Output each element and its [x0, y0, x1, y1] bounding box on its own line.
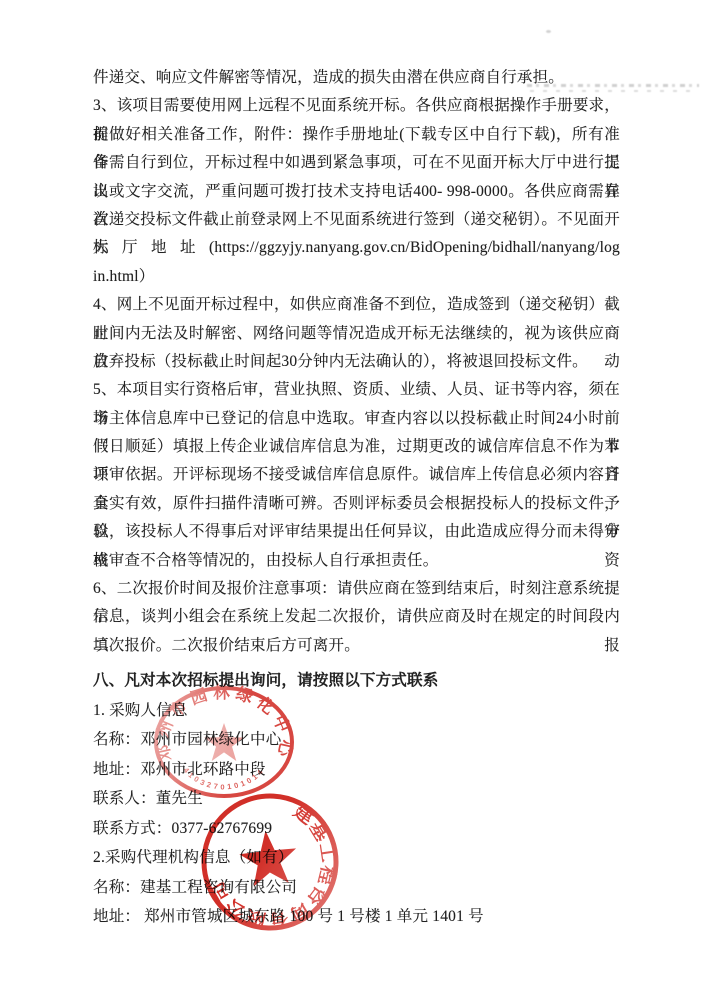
doc-line: 4、网上不见面开标过程中，如供应商准备不到位，造成签到（递交秘钥）截止 [93, 291, 620, 319]
doc-line: 6、二次报价时间及报价注意事项：请供应商在签到结束后，时刻注意系统提示 [93, 575, 620, 603]
scan-dot-artifact [546, 30, 551, 33]
agency-info-heading: 2.采购代理机构信息（如有） [93, 843, 620, 873]
doc-line: 放弃投标（投标截止时间起30分钟内无法确认的），将被退回投标文件。 [93, 348, 620, 376]
agency-seal-stamp: 建基工程咨询有限公司 [184, 776, 356, 948]
scanned-document-page: 件递交、响应文件解密等情况，造成的损失由潜在供应商自行承担。 3、该项目需要使用… [0, 0, 706, 1000]
doc-line: 3、该项目需要使用网上远程不见面系统开标。各供应商根据操作手册要求，提 [93, 92, 620, 120]
doc-line: 场主体信息库中已登记的信息中选取。审查内容以以投标截止时间24小时前（节 [93, 405, 620, 433]
doc-line: 验，该投标人不得事后对评审结果提出任何异议，由此造成应得分而未得分或资 [93, 518, 620, 546]
agency-address-line: 地址： 郑州市管城区城东路 100 号 1 号楼 1 单元 1401 号 [93, 902, 620, 932]
doc-line: 时间内无法及时解密、网络问题等情况造成开标无法继续的，视为该供应商自动 [93, 320, 620, 348]
doc-line: 5、本项目实行资格后审，营业执照、资质、业绩、人员、证书等内容，须在市 [93, 376, 620, 404]
doc-line: in.html） [93, 263, 620, 291]
doc-line: 前做好相关准备工作，附件：操作手册地址(下载专区中自行下载)，所有准备工 [93, 121, 620, 149]
doc-line: 假日顺延）填报上传企业诚信库信息为准，过期更改的诚信库信息不作为本项目 [93, 433, 620, 461]
doc-line: 信息，谈判小组会在系统上发起二次报价，请供应商及时在规定的时间段内填报 [93, 603, 620, 631]
seal-star-icon [204, 723, 244, 761]
seal-star-icon [231, 823, 310, 901]
purchaser-phone-line: 联系方式：0377-62767699 [93, 814, 620, 844]
doc-line: 评审依据。开评标现场不接受诚信库信息原件。诚信库上传信息必须内容齐全， [93, 461, 620, 489]
doc-line: 议或文字交流，严重问题可拨打技术支持电话400- 998-0000。各供应商需在… [93, 178, 620, 206]
doc-line: 真实有效，原件扫描件清晰可辨。否则评标委员会根据投标人的投标文件予以审 [93, 490, 620, 518]
doc-line: 作需自行到位，开标过程中如遇到紧急事项，可在不见面开标大厅中进行提出异 [93, 149, 620, 177]
scan-smudge [527, 84, 699, 93]
agency-name-line: 名称：建基工程咨询有限公司 [93, 873, 620, 903]
doc-line: 次递交投标文件截止前登录网上不见面系统进行签到（递交秘钥）。不见面开标 [93, 206, 620, 234]
doc-line: 大厅地址(https://ggzyjy.nanyang.gov.cn/BidOp… [93, 234, 620, 262]
